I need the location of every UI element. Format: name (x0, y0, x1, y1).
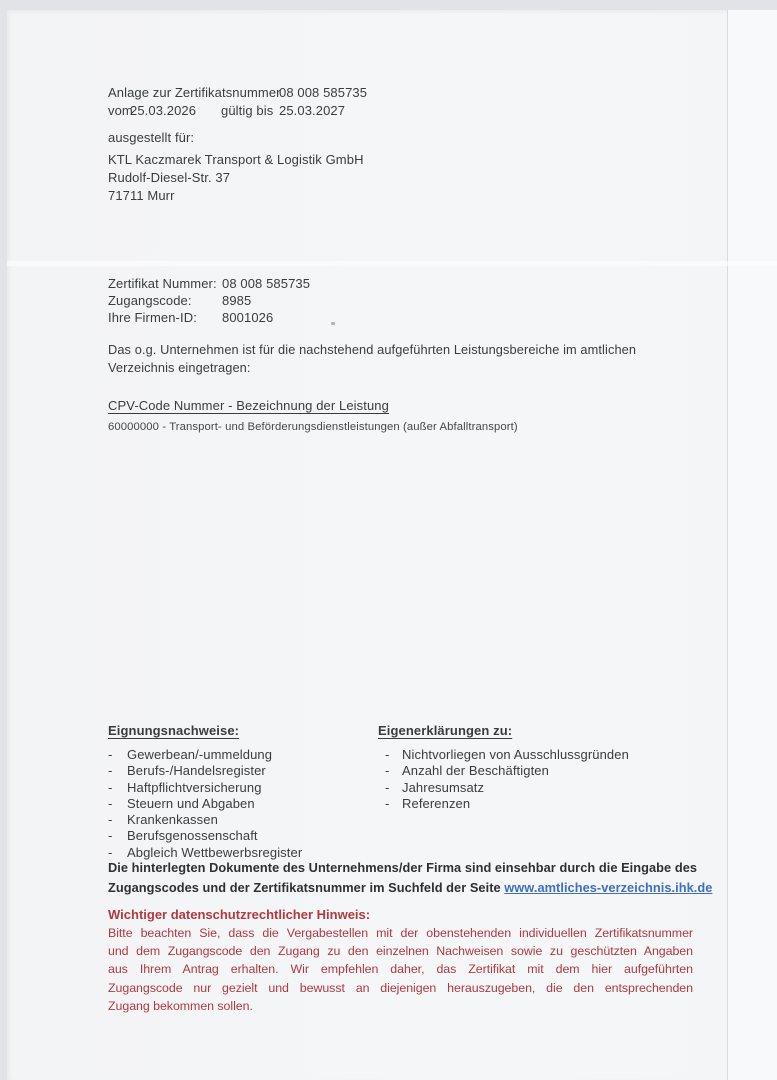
dash-bullet: - (378, 796, 402, 812)
list-item: -Krankenkassen (108, 812, 302, 828)
privacy-line: Bitte beachten Sie, dass die Vergabestel… (108, 924, 693, 942)
list-item: -Berufs-/Handelsregister (108, 763, 302, 779)
eignungsnachweise-heading: Eignungsnachweise: (108, 723, 239, 738)
privacy-line: und dem Zugangscode den Zugang zu den ei… (108, 942, 693, 960)
dash-bullet: - (378, 763, 402, 779)
cert-number-value: 08 008 585735 (222, 276, 310, 291)
issued-for-label: ausgestellt für: (108, 130, 194, 145)
privacy-notice: Wichtiger datenschutzrechtlicher Hinweis… (108, 906, 693, 1015)
list-item-label: Berufs-/Handelsregister (127, 763, 266, 779)
documents-note-line1: Die hinterlegten Dokumente des Unternehm… (108, 858, 712, 878)
anlage-label: Anlage zur Zertifikatsnummer (108, 85, 281, 100)
cpv-heading: CPV-Code Nummer - Bezeichnung der Leistu… (108, 398, 389, 413)
anlage-number: 08 008 585735 (279, 85, 367, 100)
list-item-label: Jahresumsatz (402, 780, 484, 796)
company-street: Rudolf-Diesel-Str. 37 (108, 170, 230, 185)
list-item-label: Anzahl der Beschäftigten (402, 763, 549, 779)
gueltig-bis-date: 25.03.2027 (279, 103, 345, 118)
privacy-line: Zugang bekommen sollen. (108, 997, 693, 1015)
documents-note: Die hinterlegten Dokumente des Unternehm… (108, 858, 712, 897)
privacy-line: Zugangscode nur gezielt und bewusst an d… (108, 979, 693, 997)
registration-note-line1: Das o.g. Unternehmen ist für die nachste… (108, 341, 636, 359)
list-item-label: Berufsgenossenschaft (127, 828, 258, 844)
company-city: 71711 Murr (108, 188, 175, 203)
list-item: -Referenzen (378, 796, 629, 812)
privacy-line: aus Ihrem Antrag erhalten. Wir empfehlen… (108, 960, 693, 978)
privacy-heading: Wichtiger datenschutzrechtlicher Hinweis… (108, 906, 693, 924)
eigenerklaerungen-heading: Eigenerklärungen zu: (378, 723, 512, 738)
list-item: -Haftpflichtversicherung (108, 780, 302, 796)
firm-id-label: Ihre Firmen-ID: (108, 310, 197, 325)
registration-note: Das o.g. Unternehmen ist für die nachste… (108, 341, 636, 377)
list-item: -Jahresumsatz (378, 780, 629, 796)
dash-bullet: - (108, 747, 127, 763)
documents-note-line2-text: Zugangscodes und der Zertifikatsnummer i… (108, 880, 501, 895)
list-item: -Nichtvorliegen von Ausschlussgründen (378, 747, 629, 763)
verzeichnis-link[interactable]: www.amtliches-verzeichnis.ihk.de (504, 880, 712, 895)
firm-id-value: 8001026 (222, 310, 273, 325)
list-item: -Berufsgenossenschaft (108, 828, 302, 844)
documents-note-line2: Zugangscodes und der Zertifikatsnummer i… (108, 878, 712, 898)
list-item-label: Referenzen (402, 796, 470, 812)
scan-fold-line (727, 10, 728, 1080)
cpv-entry: 60000000 - Transport- und Beförderungsdi… (108, 421, 518, 433)
list-item-label: Steuern und Abgaben (127, 796, 255, 812)
dash-bullet: - (378, 780, 402, 796)
gueltig-bis-label: gültig bis (221, 103, 273, 118)
dash-bullet: - (108, 796, 127, 812)
access-code-label: Zugangscode: (108, 293, 192, 308)
scan-band-artifact (7, 261, 777, 266)
list-item: -Steuern und Abgaben (108, 796, 302, 812)
company-name: KTL Kaczmarek Transport & Logistik GmbH (108, 152, 364, 167)
list-item-label: Gewerbean/-ummeldung (127, 747, 272, 763)
dash-bullet: - (108, 763, 127, 779)
dash-bullet: - (108, 780, 127, 796)
eignungsnachweise-list: -Gewerbean/-ummeldung -Berufs-/Handelsre… (108, 747, 302, 861)
vom-date: 25.03.2026 (130, 103, 196, 118)
dash-bullet: - (108, 812, 127, 828)
dash-bullet: - (378, 747, 402, 763)
list-item: -Anzahl der Beschäftigten (378, 763, 629, 779)
cert-number-label: Zertifikat Nummer: (108, 276, 217, 291)
access-code-value: 8985 (222, 293, 251, 308)
dash-bullet: - (108, 828, 127, 844)
list-item: -Gewerbean/-ummeldung (108, 747, 302, 763)
list-item-label: Krankenkassen (127, 812, 218, 828)
scan-right-strip (728, 10, 777, 1080)
eigenerklaerungen-list: -Nichtvorliegen von Ausschlussgründen -A… (378, 747, 629, 812)
registration-note-line2: Verzeichnis eingetragen: (108, 359, 636, 377)
list-item-label: Haftpflichtversicherung (127, 780, 262, 796)
scanned-document: Anlage zur Zertifikatsnummer 08 008 5857… (0, 0, 777, 1080)
list-item-label: Nichtvorliegen von Ausschlussgründen (402, 747, 629, 763)
